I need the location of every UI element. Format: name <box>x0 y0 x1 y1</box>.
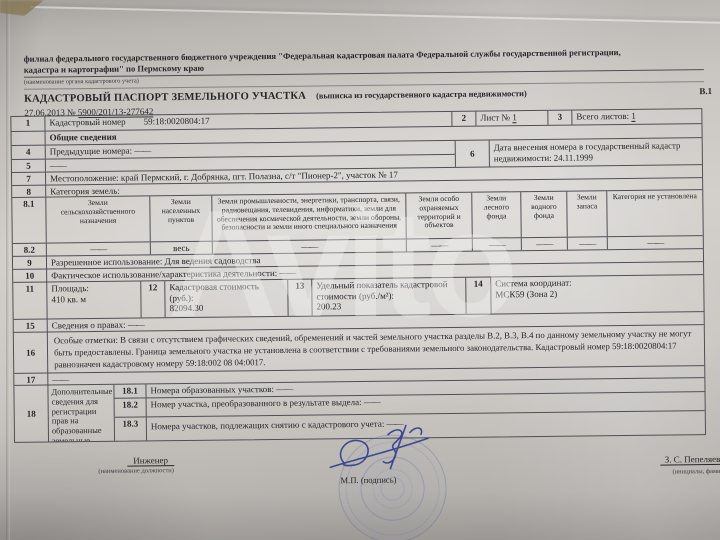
row-number: 10 <box>13 270 47 282</box>
signer-position: Инженер <box>127 455 174 467</box>
row-number: 18.3 <box>115 417 147 440</box>
coordinate-system-value: МСК59 (Зона 2) <box>495 287 699 300</box>
formed-plots-value: —— <box>276 384 292 394</box>
row-number: 11 <box>13 283 47 319</box>
row-number: 8.2 <box>13 244 47 256</box>
sheet-value: 1 <box>512 112 517 123</box>
position-caption: (наименование должности) <box>98 467 174 475</box>
row-number: 16 <box>14 333 48 373</box>
row-number: 15 <box>14 320 48 332</box>
land-category-header-row: 8.1 Земли сельскохозяйственного назначен… <box>12 190 702 244</box>
category-value: —— <box>568 237 608 249</box>
transformed-plot-value: —— <box>364 397 380 407</box>
row-number: 18.1 <box>114 384 146 397</box>
category-col-water: Земли водного фонда <box>521 192 568 238</box>
row-number: 12 <box>141 281 165 317</box>
rights-info-label: Сведения о правах: <box>52 320 126 331</box>
category-value: —— <box>608 236 703 249</box>
rights-info-value: —— <box>128 319 144 329</box>
specific-cost-value: 200.23 <box>316 300 461 312</box>
area-cell: Площадь: 410 кв. м <box>47 281 141 318</box>
area-value: 410 кв. м <box>51 293 136 304</box>
name-caption: (инициалы, фамилия) <box>672 468 720 476</box>
row-number: 5 <box>12 159 46 172</box>
signature-caption: (подпись) <box>361 475 397 485</box>
row-number: 14 <box>466 278 491 314</box>
cadastral-cost-value: 82094.30 <box>169 302 283 314</box>
category-col-not-set: Категория не установлена <box>607 190 703 236</box>
category-value: —— <box>407 239 473 252</box>
coordinate-system-cell: Система координат: МСК59 (Зона 2) <box>491 275 703 313</box>
row-number: 18.2 <box>115 398 147 416</box>
mp-label: М.П. <box>340 475 358 485</box>
category-col-agricultural: Земли сельскохозяйственного назначения <box>46 196 151 242</box>
document-subtitle: (выписка из государственного кадастра не… <box>316 89 527 100</box>
previous-numbers-label: Предыдущие номера: <box>50 146 133 157</box>
sheet-label: Лист № <box>480 112 510 122</box>
category-value: —— <box>47 242 151 255</box>
cadastral-passport-document: филиал федерального государственного бюд… <box>0 0 720 540</box>
row-number <box>12 132 46 145</box>
total-sheets-value: 1 <box>631 111 636 122</box>
row-number: 17 <box>14 374 48 385</box>
document-title: КАДАСТРОВЫЙ ПАСПОРТ ЗЕМЕЛЬНОГО УЧАСТКА <box>24 91 306 105</box>
row-number: 7 <box>12 173 46 185</box>
category-col-settlements: Земли населенных пунктов <box>150 196 213 242</box>
row-number: 8.1 <box>12 198 47 243</box>
stamp-signature-caption: М.П. (подпись) <box>340 475 396 486</box>
cadastral-number-value: 59:18:0020804:17 <box>144 116 210 127</box>
actual-use-value: —— <box>279 268 295 278</box>
previous-numbers-value: —— <box>134 145 150 155</box>
row-number: 6 <box>456 141 490 167</box>
category-col-reserve: Земли запаса <box>567 191 608 236</box>
actual-use-label: Фактическое использование/характеристика… <box>51 268 277 281</box>
category-value: весь <box>151 242 213 255</box>
row-number: 18 <box>14 386 49 442</box>
cadastral-table: 1 Кадастровый номер59:18:0020804:17 2 Ли… <box>10 108 706 443</box>
cadastral-number-label: Кадастровый номер <box>49 117 125 128</box>
form-code: В.1 <box>699 86 712 96</box>
cadastral-cost-cell: Кадастровая стоимость (руб.): 82094.30 <box>165 280 288 317</box>
date-entry-block: 6 Дата внесения номера в государственный… <box>456 138 702 167</box>
category-col-protected: Земли особо охраняемых территорий и объе… <box>406 193 473 239</box>
document-header: филиал федерального государственного бюд… <box>24 46 705 118</box>
row-number: 9 <box>13 257 47 269</box>
specific-cost-cell: Удельный показатель кадастровой стоимост… <box>312 278 466 316</box>
total-sheets-label: Всего листов: <box>576 111 629 122</box>
cadastral-cost-label: Кадастровая стоимость (руб.): <box>169 281 283 303</box>
category-value: —— <box>213 239 407 253</box>
row-number: 13 <box>288 280 312 316</box>
row-number: 2 <box>452 112 476 126</box>
signature-block: Инженер (наименование должности) <box>2 433 720 540</box>
document-photo: филиал федерального государственного бюд… <box>0 0 720 540</box>
specific-cost-label: Удельный показатель кадастровой стоимост… <box>316 279 461 302</box>
row-number: 8 <box>12 186 46 197</box>
formed-plots-label: Номера образованных участков: <box>150 384 274 395</box>
transformed-plot-label: Номер участка, преобразованного в резуль… <box>151 397 362 409</box>
row-number: 3 <box>548 111 572 125</box>
row-number: 1 <box>11 117 45 131</box>
additional-info-label: Дополнительные сведения для регистрации … <box>48 385 115 442</box>
special-notes-text: Особые отметки: В связи с отсутствием гр… <box>48 325 704 372</box>
category-value: —— <box>522 238 568 251</box>
signer-name: З. С. Пепеляева <box>661 454 720 466</box>
total-sheets-cell: Всего листов: 1 <box>572 109 701 124</box>
sheet-cell: Лист № 1 <box>476 111 548 126</box>
registry-date-cell: Дата внесения номера в государственный к… <box>490 138 702 166</box>
row-number: 4 <box>12 146 46 159</box>
previous-numbers-block: 4 Предыдущие номера: —— 5 —— <box>12 141 456 172</box>
category-value: —— <box>473 238 522 251</box>
handwritten-signature <box>324 422 445 475</box>
category-col-forest: Земли лесного фонда <box>472 192 522 238</box>
category-col-industry: Земли промышленности, энергетики, трансп… <box>212 193 406 240</box>
